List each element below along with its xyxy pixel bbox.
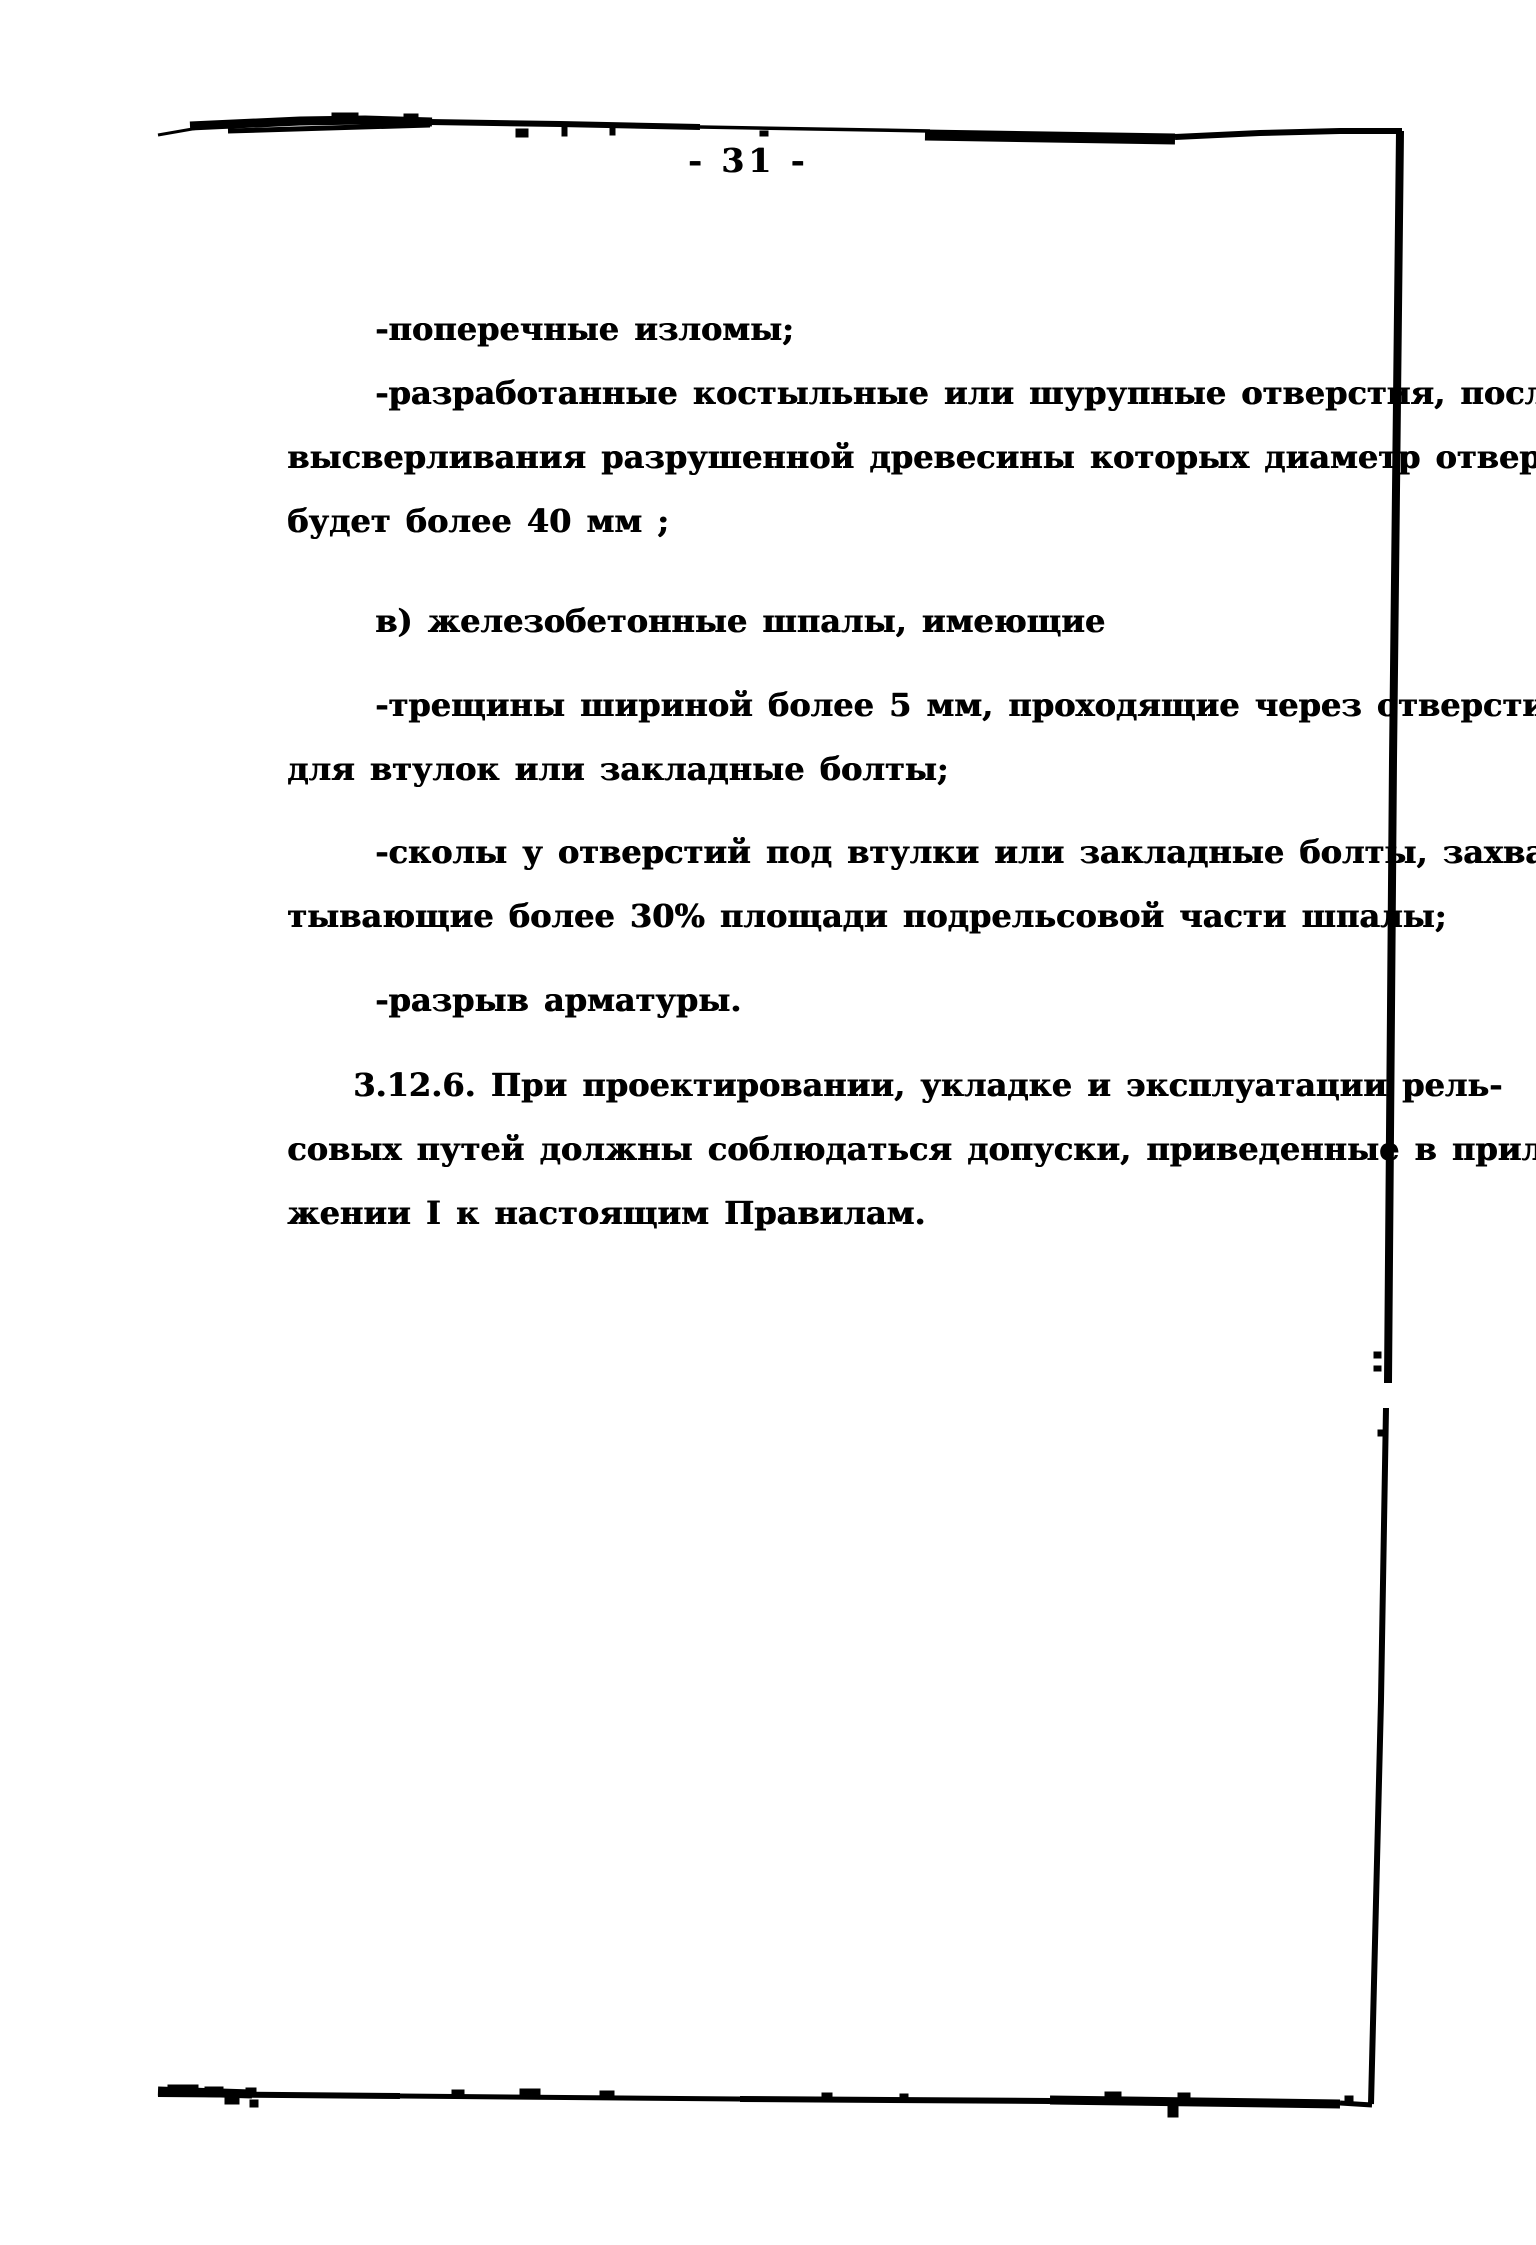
paragraph-concrete-sleepers-heading: в) железобетонные шпалы, имеющие (287, 589, 1447, 653)
text-line: жении I к настоящим Правилам. (287, 1181, 1447, 1245)
paragraph-reinforcement-rupture: -разрыв арматуры. (287, 968, 1447, 1032)
paragraph-transverse-breaks: -поперечные изломы; (287, 297, 1447, 361)
text-line: будет более 40 мм ; (287, 489, 1447, 553)
text-line: -разрыв арматуры. (287, 968, 1447, 1032)
scanned-document-page: - 31 - -поперечные изломы; -разработанны… (0, 0, 1536, 2245)
paragraph-spalls: -сколы у отверстий под втулки или заклад… (287, 820, 1447, 948)
text-line: высверливания разрушенной древесины кото… (287, 425, 1447, 489)
text-line: -поперечные изломы; (287, 297, 1447, 361)
text-line: в) железобетонные шпалы, имеющие (287, 589, 1447, 653)
text-line: -разработанные костыльные или шурупные о… (287, 361, 1447, 425)
page-number: - 31 - (688, 143, 808, 179)
text-line: -сколы у отверстий под втулки или заклад… (287, 820, 1447, 884)
text-line: -трещины шириной более 5 мм, проходящие … (287, 673, 1447, 737)
text-line: тывающие более 30% площади подрельсовой … (287, 884, 1447, 948)
text-line: для втулок или закладные болты; (287, 737, 1447, 801)
paragraph-worn-spike-holes: -разработанные костыльные или шурупные о… (287, 361, 1447, 553)
top-border-line (158, 113, 1402, 139)
bottom-border-line (158, 2085, 1372, 2117)
text-line: 3.12.6. При проектировании, укладке и эк… (287, 1053, 1447, 1117)
text-line: совых путей должны соблюдаться допуски, … (287, 1117, 1447, 1181)
paragraph-cracks: -трещины шириной более 5 мм, проходящие … (287, 673, 1447, 801)
paragraph-clause-3-12-6: 3.12.6. При проектировании, укладке и эк… (287, 1053, 1447, 1245)
